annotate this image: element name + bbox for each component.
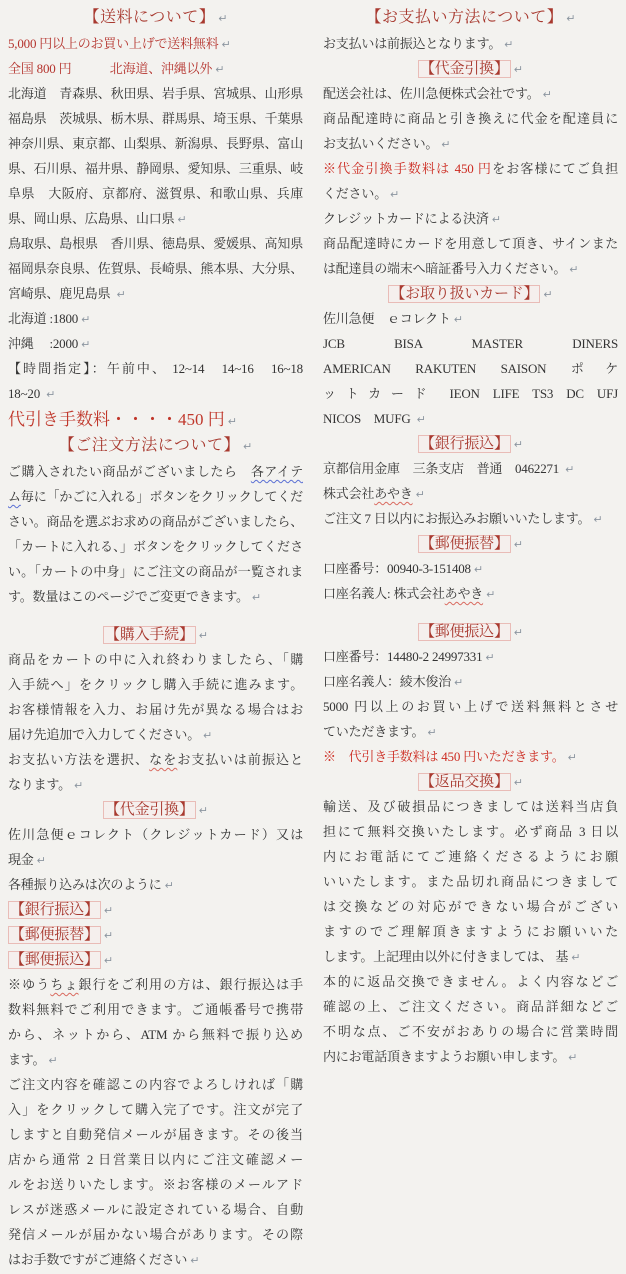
text-line: 沖縄 :2000↵ [8, 331, 303, 356]
text-run: をお客様にてご負担 [492, 161, 618, 176]
text-run: 配送会社は、佐川急便株式会社です。 [323, 86, 540, 101]
text-run: 北海道 :1800 [8, 311, 78, 326]
paragraph-return-icon: ↵ [116, 288, 125, 301]
text-run: NICOS MUFG [323, 411, 414, 426]
text-run: 18~20 [8, 386, 43, 401]
text-line: 口座番号：00940-3-151408↵ [323, 556, 618, 581]
text-run: ご購入されたい商品がございましたら [8, 464, 251, 479]
paragraph-return-icon: ↵ [565, 463, 574, 476]
paragraph-return-icon: ↵ [454, 676, 463, 689]
text-run: 担にて無料交換いたします。必ず商品 3 日以 [323, 824, 618, 839]
text-run: ます。 [8, 1052, 45, 1067]
text-run: 【ご注文方法について】 [59, 437, 240, 454]
text-run: 届け先追加で入力してください。 [8, 727, 200, 742]
text-line: 内にお電話にてご連絡くださるようにお願 [323, 844, 618, 869]
text-run: す。数量はこのページでご変更できます。 [8, 589, 249, 604]
text-run: お支払いは前振込と [177, 752, 303, 767]
text-line: 佐川急便 ｅコレクト↵ [323, 306, 618, 331]
text-line: 不明な点、ご不安がおありの場合に営業時間 [323, 1019, 618, 1044]
text-run: 京都信用金庫 三条支店 普通 0462271 [323, 461, 562, 476]
text-run: 株式会社 [323, 486, 374, 501]
text-run: 【返品交換】 [420, 774, 509, 790]
text-line: 担にて無料交換いたします。必ず商品 3 日以 [323, 819, 618, 844]
subheading-box: 【郵便振込】 [8, 951, 101, 969]
text-run: 【郵便振込】 [10, 952, 99, 968]
boxed-subheading: 【返品交換】↵ [323, 769, 618, 794]
text-line: 株式会社あやき↵ [323, 481, 618, 506]
paragraph-return-icon: ↵ [569, 263, 578, 276]
text-run: 県、岡山県、広島県、山口県 [8, 211, 174, 226]
boxed-subheading: 【銀行振込】↵ [323, 431, 618, 456]
text-run: 【銀行振込】 [10, 902, 99, 918]
text-line: は交換などの対応ができない場合がござい [323, 894, 618, 919]
text-run: 阜県 大阪府、京都府、滋賀県、和歌山県、兵庫 [8, 186, 303, 201]
text-line: NICOS MUFG ↵ [323, 406, 618, 431]
text-run: 県、石川県、福井県、静岡県、愛知県、三重県、岐 [8, 161, 303, 176]
text-line: 商品配達時にカードを用意して頂き、サインまた [323, 231, 618, 256]
text-line: 届け先追加で入力してください。↵ [8, 722, 303, 747]
text-line: 店から通常 2 日営業日以内にご注文確認メー [8, 1147, 303, 1172]
paragraph-return-icon: ↵ [566, 12, 575, 25]
text-run: 発信メールが届かない場合があります。その際 [8, 1227, 303, 1242]
text-line: お支払いは前振込となります。↵ [323, 31, 618, 56]
paragraph-return-icon: ↵ [81, 338, 90, 351]
text-run: 【お支払い方法について】 [366, 9, 564, 26]
text-line: 5,000 円以上のお買い上げで送料無料↵ [8, 31, 303, 56]
paragraph-return-icon: ↵ [390, 188, 399, 201]
text-line: ていただきます。↵ [323, 719, 618, 744]
text-run: 【代金引換】 [105, 802, 194, 818]
text-run: から、ネットから、ATM から無料で振り込め [8, 1027, 303, 1042]
paragraph-return-icon: ↵ [203, 729, 212, 742]
text-line: 県、石川県、福井県、静岡県、愛知県、三重県、岐 [8, 156, 303, 181]
text-line: ご購入されたい商品がございましたら 各アイテ [8, 459, 303, 484]
paragraph-return-icon: ↵ [514, 776, 523, 789]
text-line: なります。↵ [8, 772, 303, 797]
text-run: 本的に返品交換できません。よく内容などご [323, 974, 618, 989]
text-line: レスが迷惑メールに設定されている場合、自動 [8, 1197, 303, 1222]
text-run: ットカード IEON LIFE TS3 DC UFJ [323, 386, 618, 401]
text-run: 5000 円以上のお買い上げで送料無料とさせ [323, 699, 618, 714]
text-line: 全国 800 円 北海道、沖縄以外↵ [8, 56, 303, 81]
text-run: 商品配達時にカードを用意して頂き、サインまた [323, 236, 618, 251]
text-line: 鳥取県、島根県 香川県、徳島県、愛媛県、高知県 [8, 231, 303, 256]
text-line: しますと自動発信メールが届きます。その後当 [8, 1122, 303, 1147]
paragraph-return-icon: ↵ [514, 63, 523, 76]
text-line: ください。↵ [323, 181, 618, 206]
text-run: 【お取り扱いカード】 [390, 286, 538, 302]
text-run: JCB BISA MASTER DINERS [323, 336, 618, 351]
paragraph-return-icon: ↵ [74, 779, 83, 792]
paragraph-return-icon: ↵ [568, 751, 577, 764]
text-run: 毎に「かごに入れる」ボタンをクリックしてくだ [21, 489, 303, 504]
text-run: 【郵便振込】 [420, 624, 509, 640]
text-run: なを [149, 752, 177, 767]
text-run: ※代金引換手数料は 450 円 [323, 161, 492, 176]
text-line: 数料無料でご利用できます。ご通帳番号で携帯 [8, 997, 303, 1022]
paragraph-return-icon: ↵ [543, 288, 552, 301]
text-run: 北海道 青森県、秋田県、岩手県、宮城県、山形県 [8, 86, 303, 101]
text-line: クレジットカードによる決済↵ [323, 206, 618, 231]
text-line: 阜県 大阪府、京都府、滋賀県、和歌山県、兵庫 [8, 181, 303, 206]
text-line: 県、岡山県、広島県、山口県↵ [8, 206, 303, 231]
paragraph-return-icon: ↵ [571, 951, 580, 964]
text-run: します。上記理由以外に付きましては、 基 [323, 949, 568, 964]
subheading-box: 【郵便振替】 [418, 535, 511, 553]
text-line: 本的に返品交換できません。よく内容などご [323, 969, 618, 994]
text-run: 【購入手続】 [105, 627, 194, 643]
text-line: 北海道 青森県、秋田県、岩手県、宮城県、山形県 [8, 81, 303, 106]
text-run: 口座番号：14480-2 24997331 [323, 649, 482, 664]
text-line: ※ゆうちょ銀行をご利用の方は、銀行振込は手 [8, 972, 303, 997]
boxed-subheading: 【郵便振替】↵ [8, 922, 303, 947]
text-line: 北海道 :1800↵ [8, 306, 303, 331]
paragraph-return-icon: ↵ [427, 726, 436, 739]
text-run: 【代金引換】 [420, 61, 509, 77]
paragraph-return-icon: ↵ [417, 413, 426, 426]
text-line: JCB BISA MASTER DINERS [323, 331, 618, 356]
paragraph-return-icon: ↵ [486, 588, 495, 601]
text-run: 輸送、及び破損品につきましては送料当店負 [323, 799, 618, 814]
text-line: から、ネットから、ATM から無料で振り込め [8, 1022, 303, 1047]
text-run: 確認の上、ご注文ください。商品詳細などご [323, 999, 618, 1014]
paragraph-return-icon: ↵ [514, 538, 523, 551]
text-run: さい。商品を選ぶお求めの商品がございましたら、 [8, 514, 303, 529]
text-line: 京都信用金庫 三条支店 普通 0462271 ↵ [323, 456, 618, 481]
text-line: 口座名義人：綾木俊治↵ [323, 669, 618, 694]
boxed-subheading: 【郵便振込】↵ [8, 947, 303, 972]
text-run: ちょ [50, 977, 78, 992]
text-line: 宮崎県、鹿児島県 ↵ [8, 281, 303, 306]
text-run: 口座名義人: 株式会社 [323, 586, 445, 601]
text-run: 【銀行振込】 [420, 436, 509, 452]
boxed-subheading: 【郵便振替】↵ [323, 531, 618, 556]
paragraph-return-icon: ↵ [104, 954, 113, 967]
text-line: 佐川急便ｅコレクト（クレジットカード）又は [8, 822, 303, 847]
subheading-box: 【郵便振込】 [418, 623, 511, 641]
text-line: ご注文 7 日以内にお振込みお願いいたします。↵ [323, 506, 618, 531]
text-run: 入手続へ」をクリックし購入手続に進みます。 [8, 677, 303, 692]
text-line: ※代金引換手数料は 450 円をお客様にてご負担 [323, 156, 618, 181]
text-line: 内にお電話頂きますようお願い申します。↵ [323, 1044, 618, 1069]
text-run: ご注文内容を確認この内容でよろしければ「購 [8, 1077, 303, 1092]
subheading-box: 【購入手続】 [103, 626, 196, 644]
text-run: 内にお電話頂きますようお願い申します。 [323, 1049, 565, 1064]
text-line: お支払いください。↵ [323, 131, 618, 156]
text-line: 商品をカートの中に入れ終わりましたら、「購 [8, 647, 303, 672]
text-run: 【時間指定】：午前中、 12~14 14~16 16~18 [8, 361, 303, 376]
text-run: お支払いください。 [323, 136, 438, 151]
paragraph-return-icon: ↵ [177, 213, 186, 226]
text-run: 店から通常 2 日営業日以内にご注文確認メー [8, 1152, 303, 1167]
paragraph-return-icon: ↵ [46, 388, 55, 401]
paragraph-return-icon: ↵ [485, 651, 494, 664]
text-run: い。「カートの中身」にご注文の商品が一覧されま [8, 564, 303, 579]
text-run: 入」をクリックして購入完了です。注文が完了 [8, 1102, 303, 1117]
text-line: ットカード IEON LIFE TS3 DC UFJ [323, 381, 618, 406]
text-run: 各種振り込みは次のように [8, 877, 162, 892]
text-run: 各アイテ [251, 464, 303, 479]
text-line: ※ 代引き手数料は 450 円いただきます。↵ [323, 744, 618, 769]
paragraph-return-icon: ↵ [199, 804, 208, 817]
paragraph-return-icon: ↵ [228, 415, 237, 428]
paragraph-return-icon: ↵ [514, 438, 523, 451]
text-line: 商品配達時に商品と引き換えに代金を配達員に [323, 106, 618, 131]
paragraph-return-icon: ↵ [37, 854, 46, 867]
text-run: 数料無料でご利用できます。ご通帳番号で携帯 [8, 1002, 303, 1017]
text-run: は交換などの対応ができない場合がござい [323, 899, 618, 914]
boxed-subheading: 【郵便振込】↵ [323, 619, 618, 644]
text-line: AMERICAN RAKUTEN SAISON ポケ [323, 356, 618, 381]
text-run: 「カートに入れる、」ボタンをクリックしてくださ [8, 539, 303, 554]
text-run: 【郵便振替】 [420, 536, 509, 552]
section-title: 【ご注文方法について】↵ [8, 433, 303, 459]
text-run: 現金 [8, 852, 34, 867]
text-run: しますと自動発信メールが届きます。その後当 [8, 1127, 303, 1142]
text-line: ます。↵ [8, 1047, 303, 1072]
blank-line-spacer [323, 606, 618, 619]
text-line: 各種振り込みは次のように↵ [8, 872, 303, 897]
paragraph-return-icon: ↵ [514, 626, 523, 639]
text-line: 入」をクリックして購入完了です。注文が完了 [8, 1097, 303, 1122]
text-line: 口座名義人: 株式会社あやき↵ [323, 581, 618, 606]
text-line: 口座番号：14480-2 24997331↵ [323, 644, 618, 669]
text-line: 入手続へ」をクリックし購入手続に進みます。 [8, 672, 303, 697]
payment-and-returns-column: 【お支払い方法について】↵お支払いは前振込となります。↵【代金引換】↵配送会社は… [323, 5, 618, 1274]
text-run: 商品配達時に商品と引き換えに代金を配達員に [323, 111, 618, 126]
paragraph-return-icon: ↵ [104, 929, 113, 942]
subheading-box: 【銀行振込】 [8, 901, 101, 919]
text-run: あやき [374, 486, 412, 501]
text-line: お支払い方法を選択、なをお支払いは前振込と [8, 747, 303, 772]
subheading-box: 【お取り扱いカード】 [388, 285, 540, 303]
paragraph-return-icon: ↵ [441, 138, 450, 151]
text-run: クレジットカードによる決済 [323, 211, 489, 226]
text-line: はお手数ですがご連絡ください↵ [8, 1247, 303, 1272]
paragraph-return-icon: ↵ [474, 563, 483, 576]
text-run: 内にお電話にてご連絡くださるようにお願 [323, 849, 618, 864]
text-line: 【時間指定】：午前中、 12~14 14~16 16~18 [8, 356, 303, 381]
text-run: お支払い方法を選択、 [8, 752, 149, 767]
text-line: 福島県 茨城県、栃木県、群馬県、埼玉県、千葉県 [8, 106, 303, 131]
text-line: ルをお送りいたします。※お客様のメールアド [8, 1172, 303, 1197]
text-line: 福岡県奈良県、佐賀県、長崎県、熊本県、大分県、 [8, 256, 303, 281]
text-line: いいたします。また品切れ商品につきまして [323, 869, 618, 894]
paragraph-return-icon: ↵ [568, 1051, 577, 1064]
text-run: 福岡県奈良県、佐賀県、長崎県、熊本県、大分県、 [8, 261, 303, 276]
text-run: 商品をカートの中に入れ終わりましたら、「購 [8, 652, 303, 667]
boxed-subheading: 【購入手続】↵ [8, 622, 303, 647]
text-run: 福島県 茨城県、栃木県、群馬県、埼玉県、千葉県 [8, 111, 303, 126]
section-title: 【送料について】↵ [8, 5, 303, 31]
text-line: お客様情報を入力、お届け先が異なる場合はお [8, 697, 303, 722]
blank-line-spacer [8, 609, 303, 622]
text-run: なります。 [8, 777, 71, 792]
text-line: 代引き手数料・・・・450 円↵ [8, 406, 303, 433]
text-run: お支払いは前振込となります。 [323, 36, 501, 51]
text-run: ルをお送りいたします。※お客様のメールアド [8, 1177, 303, 1192]
text-line: 「カートに入れる、」ボタンをクリックしてくださ [8, 534, 303, 559]
boxed-subheading: 【代金引換】↵ [8, 797, 303, 822]
text-run: 銀行をご利用の方は、銀行振込は手 [79, 977, 303, 992]
paragraph-return-icon: ↵ [454, 313, 463, 326]
paragraph-return-icon: ↵ [543, 88, 552, 101]
paragraph-return-icon: ↵ [222, 38, 231, 51]
text-run: 沖縄 :2000 [8, 336, 78, 351]
text-line: 配送会社は、佐川急便株式会社です。↵ [323, 81, 618, 106]
text-line: さい。商品を選ぶお求めの商品がございましたら、 [8, 509, 303, 534]
text-line: 5000 円以上のお買い上げで送料無料とさせ [323, 694, 618, 719]
paragraph-return-icon: ↵ [215, 63, 224, 76]
text-run: 不明な点、ご不安がおありの場合に営業時間 [323, 1024, 618, 1039]
paragraph-return-icon: ↵ [416, 488, 425, 501]
shipping-and-order-column: 【送料について】↵5,000 円以上のお買い上げで送料無料↵全国 800 円 北… [8, 5, 303, 1274]
paragraph-return-icon: ↵ [593, 513, 602, 526]
paragraph-return-icon: ↵ [504, 38, 513, 51]
text-run: AMERICAN RAKUTEN SAISON ポケ [323, 361, 618, 376]
text-run: ていただきます。 [323, 724, 424, 739]
text-run: ご注文 7 日以内にお振込みお願いいたします。 [323, 511, 590, 526]
boxed-subheading: 【銀行振込】↵ [8, 897, 303, 922]
paragraph-return-icon: ↵ [252, 591, 261, 604]
text-run: いいたします。また品切れ商品につきまして [323, 874, 618, 889]
text-run: ※ゆう [8, 977, 50, 992]
text-line: ご注文内容を確認この内容でよろしければ「購 [8, 1072, 303, 1097]
paragraph-return-icon: ↵ [492, 213, 501, 226]
text-line: 18~20 ↵ [8, 381, 303, 406]
text-run: 神奈川県、東京都、山梨県、新潟県、長野県、富山 [8, 136, 303, 151]
text-run: レスが迷惑メールに設定されている場合、自動 [8, 1202, 303, 1217]
text-run: 【郵便振替】 [10, 927, 99, 943]
text-run: 全国 800 円 北海道、沖縄以外 [8, 61, 212, 76]
text-run: 口座番号：00940-3-151408 [323, 561, 471, 576]
text-line: ますのでご理解頂きますようにお願いいた [323, 919, 618, 944]
text-run: 5,000 円以上のお買い上げで送料無料 [8, 36, 219, 51]
boxed-subheading: 【お取り扱いカード】↵ [323, 281, 618, 306]
text-line: します。上記理由以外に付きましては、 基↵ [323, 944, 618, 969]
text-run: 代引き手数料・・・・450 円 [8, 410, 225, 429]
text-line: 神奈川県、東京都、山梨県、新潟県、長野県、富山 [8, 131, 303, 156]
text-line: 輸送、及び破損品につきましては送料当店負 [323, 794, 618, 819]
text-line: ム毎に「かごに入れる」ボタンをクリックしてくだ [8, 484, 303, 509]
paragraph-return-icon: ↵ [243, 440, 252, 453]
paragraph-return-icon: ↵ [104, 904, 113, 917]
text-run: 宮崎県、鹿児島県 [8, 286, 113, 301]
text-run: 佐川急便ｅコレクト（クレジットカード）又は [8, 827, 303, 842]
text-line: 現金↵ [8, 847, 303, 872]
paragraph-return-icon: ↵ [165, 879, 174, 892]
paragraph-return-icon: ↵ [81, 313, 90, 326]
text-run: ますのでご理解頂きますようにお願いいた [323, 924, 618, 939]
text-run: ※ 代引き手数料は 450 円いただきます。 [323, 749, 565, 764]
paragraph-return-icon: ↵ [190, 1254, 199, 1267]
text-run: あやき [445, 586, 483, 601]
text-run: 【送料について】 [84, 9, 216, 26]
text-run: はお手数ですがご連絡ください [8, 1252, 187, 1267]
text-run: 口座名義人：綾木俊治 [323, 674, 451, 689]
paragraph-return-icon: ↵ [218, 12, 227, 25]
subheading-box: 【郵便振替】 [8, 926, 101, 944]
boxed-subheading: 【代金引換】↵ [323, 56, 618, 81]
text-run: ください。 [323, 186, 387, 201]
text-run: お客様情報を入力、お届け先が異なる場合はお [8, 702, 303, 717]
text-run: ム [8, 489, 21, 504]
subheading-box: 【返品交換】 [418, 773, 511, 791]
paragraph-return-icon: ↵ [48, 1054, 57, 1067]
text-run: 鳥取県、島根県 香川県、徳島県、愛媛県、高知県 [8, 236, 303, 251]
text-line: す。数量はこのページでご変更できます。↵ [8, 584, 303, 609]
section-title: 【お支払い方法について】↵ [323, 5, 618, 31]
text-line: は配達員の端末へ暗証番号入力ください。↵ [323, 256, 618, 281]
text-line: 発信メールが届かない場合があります。その際 [8, 1222, 303, 1247]
text-run: 佐川急便 ｅコレクト [323, 311, 451, 326]
text-run: は配達員の端末へ暗証番号入力ください。 [323, 261, 566, 276]
document-page: 【送料について】↵5,000 円以上のお買い上げで送料無料↵全国 800 円 北… [0, 0, 626, 1274]
subheading-box: 【代金引換】 [418, 60, 511, 78]
text-line: 確認の上、ご注文ください。商品詳細などご [323, 994, 618, 1019]
text-line: い。「カートの中身」にご注文の商品が一覧されま [8, 559, 303, 584]
subheading-box: 【銀行振込】 [418, 435, 511, 453]
paragraph-return-icon: ↵ [199, 629, 208, 642]
subheading-box: 【代金引換】 [103, 801, 196, 819]
